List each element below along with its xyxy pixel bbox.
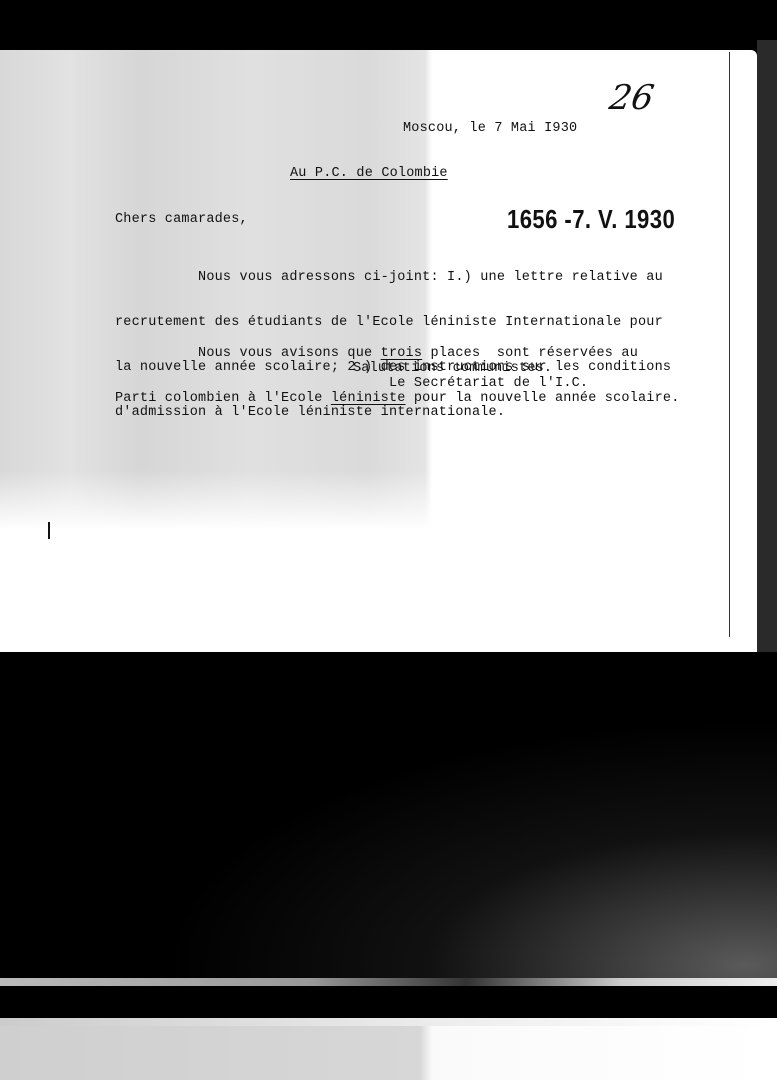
registration-stamp: 1656 -7. V. 1930 bbox=[507, 204, 675, 235]
film-dark-area bbox=[0, 652, 777, 982]
salutation: Chers camarades, bbox=[115, 212, 248, 227]
film-edge-strip bbox=[0, 1018, 777, 1026]
addressee-heading: Au P.C. de Colombie bbox=[290, 166, 448, 181]
film-gap bbox=[0, 986, 777, 1018]
margin-tick-mark bbox=[48, 522, 50, 539]
place-and-date: Moscou, le 7 Mai I930 bbox=[403, 121, 577, 136]
handwritten-folio-number: 26 bbox=[606, 78, 656, 118]
text-segment: Parti colombien à l'Ecole bbox=[115, 391, 331, 406]
next-page-top-edge bbox=[0, 1026, 777, 1080]
paragraph-1-line: Nous vous adressons ci-joint: I.) une le… bbox=[115, 270, 671, 285]
margin-rule bbox=[729, 52, 730, 637]
film-edge-strip bbox=[0, 978, 777, 986]
text-segment: places sont réservées au bbox=[422, 346, 638, 361]
page-edge-shadow bbox=[757, 40, 777, 660]
closing-line: Salutations communistes. bbox=[353, 361, 552, 376]
underlined-word-leniniste: léniniste bbox=[331, 391, 406, 406]
text-segment: pour la nouvelle année scolaire. bbox=[406, 391, 680, 406]
text-segment: Nous vous avisons que bbox=[115, 346, 381, 361]
signature-line: Le Secrétariat de l'I.C. bbox=[389, 376, 588, 391]
paragraph-2-line-1: Nous vous avisons que trois places sont … bbox=[115, 346, 680, 361]
paragraph-2-line-2: Parti colombien à l'Ecole léniniste pour… bbox=[115, 391, 680, 406]
underlined-word-trois: trois bbox=[381, 346, 423, 361]
